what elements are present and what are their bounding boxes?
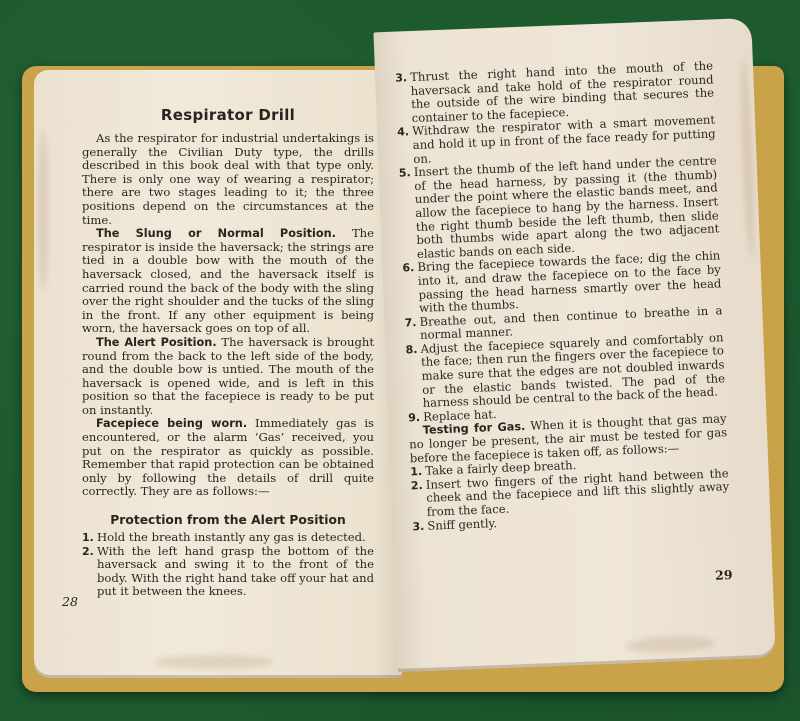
right-page: 3. Thrust the right hand into the mouth … <box>373 18 775 672</box>
step-number: 7. <box>404 316 416 330</box>
list-item: 5. Insert the thumb of the left hand und… <box>399 155 720 262</box>
section-alert-position: The Alert Position. The haversack is bro… <box>82 336 374 418</box>
protection-steps-list: 1. Hold the breath instantly any gas is … <box>82 531 374 599</box>
page-title: Respirator Drill <box>82 106 374 124</box>
page-stain <box>154 655 274 669</box>
step-number: 3. <box>412 519 424 533</box>
left-page: Respirator Drill As the respirator for i… <box>34 70 402 678</box>
test-steps-list: 1. Take a fairly deep breath. 2. Insert … <box>410 453 730 533</box>
step-number: 6. <box>402 261 414 275</box>
section-subtitle: Protection from the Alert Position <box>82 513 374 527</box>
right-page-content: 3. Thrust the right hand into the mouth … <box>395 59 731 533</box>
section-heading: The Slung or Normal Position. <box>96 227 336 240</box>
step-text: Insert the thumb of the left hand under … <box>414 154 720 261</box>
section-heading: Facepiece being worn. <box>96 417 247 430</box>
step-number: 3. <box>395 71 407 85</box>
step-text: With the left hand grasp the bottom of t… <box>97 544 374 599</box>
step-number: 8. <box>405 343 417 357</box>
page-stain <box>625 635 716 654</box>
step-number: 1. <box>410 465 422 479</box>
page-number: 28 <box>62 594 78 609</box>
section-heading: The Alert Position. <box>96 336 217 349</box>
step-number: 2. <box>411 479 423 493</box>
step-text: Adjust the facepiece squarely and comfor… <box>420 330 725 410</box>
step-text: Hold the breath instantly any gas is det… <box>97 530 366 544</box>
step-number: 4. <box>397 126 409 140</box>
list-item: 8. Adjust the facepiece squarely and com… <box>405 331 725 411</box>
step-number: 5. <box>399 166 411 180</box>
section-slung-position: The Slung or Normal Position. The respir… <box>82 227 374 336</box>
step-number: 2. <box>82 545 94 559</box>
section-facepiece-worn: Facepiece being worn. Immediately gas is… <box>82 417 374 499</box>
drill-steps-list: 3. Thrust the right hand into the mouth … <box>395 59 726 424</box>
page-number: 29 <box>715 567 733 583</box>
intro-paragraph: As the respirator for industrial underta… <box>82 132 374 227</box>
section-text: The respirator is inside the haversack; … <box>82 226 374 335</box>
step-text: Replace hat. <box>423 407 497 424</box>
list-item: 1. Hold the breath instantly any gas is … <box>82 531 374 545</box>
page-stain <box>739 58 757 258</box>
step-number: 1. <box>82 531 94 545</box>
list-item: 2. With the left hand grasp the bottom o… <box>82 545 374 599</box>
left-page-content: Respirator Drill As the respirator for i… <box>82 106 374 599</box>
step-text: Sniff gently. <box>427 516 497 533</box>
page-stain <box>38 130 48 290</box>
step-number: 9. <box>408 411 420 425</box>
